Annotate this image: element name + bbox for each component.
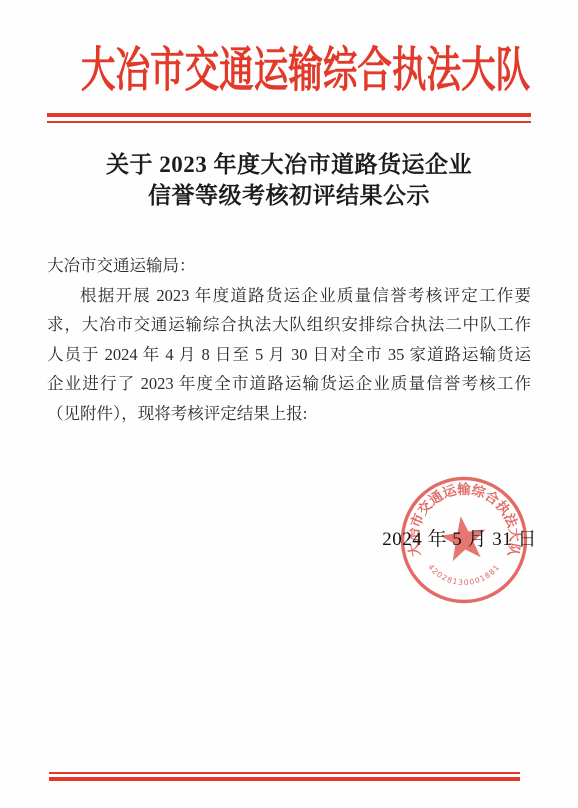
body-text-line: 企业进行了 2023 年度全市道路运输货运企业质量信誉考核工作 [47,369,531,399]
salutation: 大冶市交通运输局： [47,251,531,281]
header-rule-thin [47,121,531,123]
footer-rule-thin [49,772,520,774]
document-title: 关于 2023 年度大冶市道路货运企业 信誉等级考核初评结果公示 [0,149,578,211]
body-text-line: 人员于 2024 年 4 月 8 日至 5 月 30 日对全市 35 家道路运输… [47,340,531,370]
body-text-line: 根据开展 2023 年度道路货运企业质量信誉考核评定工作要 [47,281,531,311]
document-title-line2: 信誉等级考核初评结果公示 [0,180,578,211]
footer-rule-thick [49,777,520,781]
signoff-date: 2024 年 5 月 31 日 [382,524,537,551]
document-body: 大冶市交通运输局： 根据开展 2023 年度道路货运企业质量信誉考核评定工作要 … [47,251,531,428]
document-title-line1: 关于 2023 年度大冶市道路货运企业 [0,149,578,180]
letterhead-agency-name: 大冶市交通运输综合执法大队 [81,40,497,102]
scanned-official-document: 大冶市交通运输综合执法大队 关于 2023 年度大冶市道路货运企业 信誉等级考核… [0,0,578,808]
body-text-line: （见附件），现将考核评定结果上报: [47,399,531,429]
svg-text:42028130001881: 42028130001881 [426,562,502,587]
body-text-line: 求，大冶市交通运输综合执法大队组织安排综合执法二中队工作 [47,310,531,340]
seal-code-text: 42028130001881 [426,562,502,587]
header-rule-thick [47,113,531,117]
